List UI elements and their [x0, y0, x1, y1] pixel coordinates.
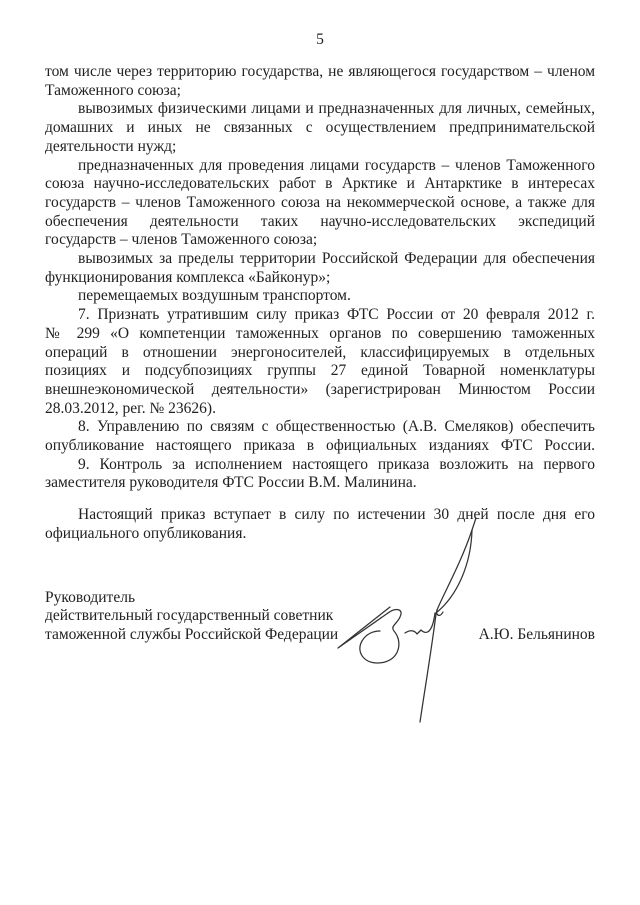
text-line: Таможенного союза;	[45, 82, 595, 101]
signatory-position: Руководитель действительный государствен…	[45, 589, 338, 645]
position-line: Руководитель	[45, 589, 338, 608]
text-line: опубликование настоящего приказа в офици…	[45, 437, 595, 456]
text-line: заместителя руководителя ФТС России В.М.…	[45, 474, 595, 493]
text-line: обеспечения деятельности таких научно-ис…	[45, 213, 595, 232]
text-line: 28.03.2012, рег. № 23626).	[45, 400, 595, 419]
text-line: 8. Управлению по связям с общественность…	[45, 418, 595, 437]
text-line: государств – членов Таможенного союза на…	[45, 194, 595, 213]
paragraph: Настоящий приказ вступает в силу по исте…	[45, 506, 595, 543]
paragraph: вывозимых за пределы территории Российск…	[45, 250, 595, 287]
signature-block: Руководитель действительный государствен…	[45, 589, 595, 645]
text-line: вывозимых физическими лицами и предназна…	[45, 100, 595, 119]
text-line: операций в отношении энергоносителей, кл…	[45, 344, 595, 363]
text-line: функционирования комплекса «Байконур»;	[45, 269, 595, 288]
text-line: Настоящий приказ вступает в силу по исте…	[45, 506, 595, 525]
paragraph: вывозимых физическими лицами и предназна…	[45, 100, 595, 156]
text-line: официального опубликования.	[45, 525, 595, 544]
text-line: 7. Признать утратившим силу приказ ФТС Р…	[45, 306, 595, 325]
paragraph: 7. Признать утратившим силу приказ ФТС Р…	[45, 306, 595, 418]
paragraph: том числе через территорию государства, …	[45, 63, 595, 100]
text-line: перемещаемых воздушным транспортом.	[45, 287, 595, 306]
text-line: предназначенных для проведения лицами го…	[45, 157, 595, 176]
text-line: деятельности нужд;	[45, 138, 595, 157]
paragraph: 8. Управлению по связям с общественность…	[45, 418, 595, 455]
position-line: таможенной службы Российской Федерации	[45, 626, 338, 645]
text-line: № 299 «О компетенции таможенных органов …	[45, 325, 595, 344]
text-line: 9. Контроль за исполнением настоящего пр…	[45, 456, 595, 475]
page-number: 5	[45, 30, 595, 49]
text-line: вывозимых за пределы территории Российск…	[45, 250, 595, 269]
text-line: союза научно-исследовательских работ в А…	[45, 175, 595, 194]
text-line: домашних и иных не связанных с осуществл…	[45, 119, 595, 138]
document-page: 5 том числе через территорию государства…	[0, 0, 640, 905]
document-body: том числе через территорию государства, …	[45, 63, 595, 544]
text-line: позициях и подсубпозициях группы 27 един…	[45, 362, 595, 381]
paragraph: 9. Контроль за исполнением настоящего пр…	[45, 456, 595, 493]
text-line: внешнеэкономической деятельности» (зарег…	[45, 381, 595, 400]
text-line: том числе через территорию государства, …	[45, 63, 595, 82]
paragraph: перемещаемых воздушным транспортом.	[45, 287, 595, 306]
position-line: действительный государственный советник	[45, 607, 338, 626]
paragraph: предназначенных для проведения лицами го…	[45, 157, 595, 251]
text-line: государств – членов Таможенного союза;	[45, 231, 595, 250]
signatory-name: А.Ю. Бельянинов	[479, 626, 595, 645]
